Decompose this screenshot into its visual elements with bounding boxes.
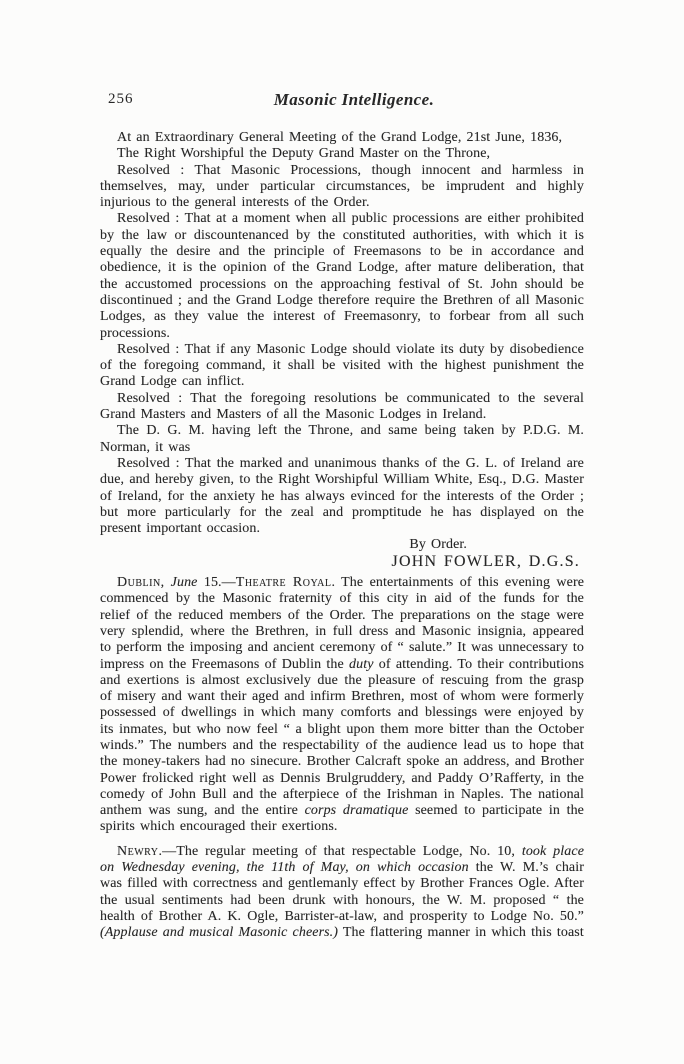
paragraph-throne-line: The Right Worshipful the Deputy Grand Ma… bbox=[100, 146, 584, 162]
by-order-line: By Order. bbox=[100, 537, 584, 553]
paragraph-resolution-communicated: Resolved : That the foregoing resolution… bbox=[100, 391, 584, 424]
scanned-book-page: 256 Masonic Intelligence. At an Extraord… bbox=[0, 0, 684, 1064]
paragraph-newry-lodge: Newry.—The regular meeting of that respe… bbox=[100, 844, 584, 942]
paragraph-resolution-prohibited: Resolved : That at a moment when all pub… bbox=[100, 211, 584, 341]
running-title: Masonic Intelligence. bbox=[112, 90, 596, 110]
signature-line: JOHN FOWLER, D.G.S. bbox=[100, 554, 584, 570]
paragraph-meeting-opening: At an Extraordinary General Meeting of t… bbox=[100, 130, 584, 146]
paragraph-resolution-violation: Resolved : That if any Masonic Lodge sho… bbox=[100, 342, 584, 391]
paragraph-resolution-thanks: Resolved : That the marked and unanimous… bbox=[100, 456, 584, 537]
paragraph-dgm-throne: The D. G. M. having left the Throne, and… bbox=[100, 423, 584, 456]
page-header: 256 Masonic Intelligence. bbox=[100, 90, 584, 112]
paragraph-dublin-theatre-royal: Dublin, June 15.—Theatre Royal. The ente… bbox=[100, 575, 584, 836]
text-column: 256 Masonic Intelligence. At an Extraord… bbox=[100, 90, 584, 942]
paragraph-resolution-processions: Resolved : That Masonic Processions, tho… bbox=[100, 163, 584, 212]
